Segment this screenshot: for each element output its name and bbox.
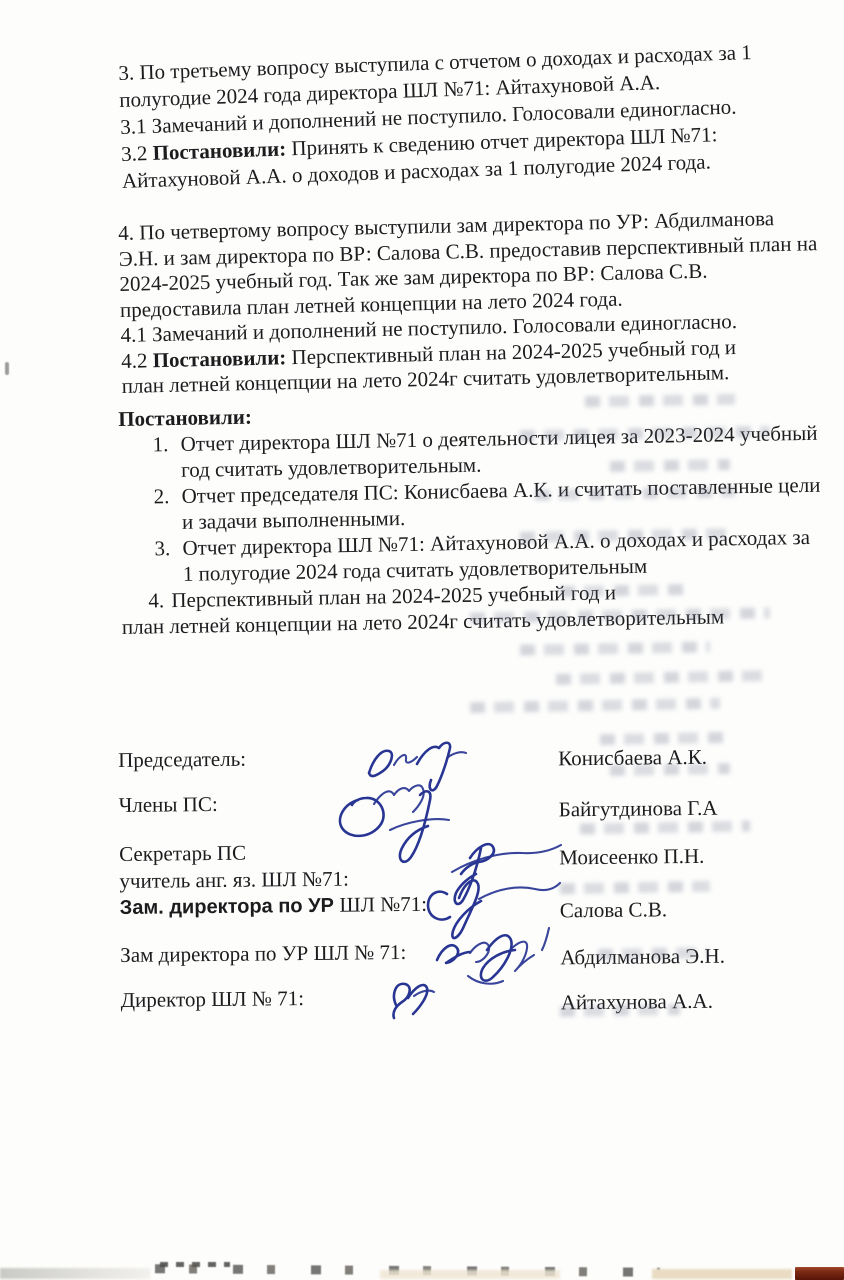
scanned-document-page: 3. По третьему вопросу выступила с отчет… bbox=[0, 0, 844, 1280]
role-segment-sans: Зам. директора по УР bbox=[120, 895, 340, 919]
signatory-name: Байгутдинова Г.А bbox=[559, 796, 718, 823]
item-number: 1. bbox=[152, 431, 181, 483]
bleed-through-smudge bbox=[610, 459, 730, 472]
section-3-paragraph: 3. По третьему вопросу выступила с отчет… bbox=[118, 39, 756, 195]
bottom-edge-gray-patch bbox=[0, 1268, 150, 1279]
bottom-edge-beige-patch bbox=[380, 1270, 560, 1279]
signatory-role: Зам. директора по УР ШЛ №71: bbox=[120, 892, 428, 920]
bleed-through-smudge bbox=[556, 670, 766, 685]
bold-keyword: Постановили: bbox=[152, 345, 286, 372]
role-segment-serif: ШЛ №71: bbox=[339, 892, 427, 917]
signatory-name: Моисеенко П.Н. bbox=[559, 844, 704, 871]
item-number: 3.2 bbox=[121, 141, 153, 166]
signatory-role: учитель анг. яз. ШЛ №71: bbox=[119, 867, 349, 894]
signatory-name: Салова С.В. bbox=[560, 897, 667, 923]
scan-bottom-edge bbox=[0, 1260, 844, 1280]
signatory-role: Директор ШЛ № 71: bbox=[121, 986, 305, 1013]
bottom-edge-beige-patch bbox=[652, 1269, 792, 1279]
item-number: 2. bbox=[153, 483, 182, 535]
bleed-through-smudge bbox=[520, 641, 710, 655]
bleed-through-smudge bbox=[560, 584, 690, 597]
signatory-role: Председатель: bbox=[118, 747, 246, 773]
item-number: 4. bbox=[148, 587, 171, 613]
signatory-role: Члены ПС: bbox=[119, 792, 218, 818]
item-number: 3. bbox=[154, 535, 183, 587]
scan-edge-mark bbox=[5, 362, 9, 375]
bleed-through-smudge bbox=[610, 763, 730, 776]
bleed-through-smudge bbox=[598, 947, 708, 960]
bold-keyword: Постановили: bbox=[152, 136, 286, 164]
item-number: 4.2 bbox=[121, 348, 153, 373]
section-4-paragraph: 4. По четвертому вопросу выступили зам д… bbox=[118, 205, 820, 399]
signatory-role: Зам директора по УР ШЛ № 71: bbox=[120, 940, 406, 968]
red-book-edge bbox=[795, 1267, 844, 1280]
bleed-through-smudge bbox=[470, 698, 720, 713]
signatory-role: Секретарь ПС bbox=[119, 841, 246, 867]
bleed-through-smudge bbox=[560, 1004, 680, 1017]
bleed-through-smudge bbox=[600, 732, 730, 745]
